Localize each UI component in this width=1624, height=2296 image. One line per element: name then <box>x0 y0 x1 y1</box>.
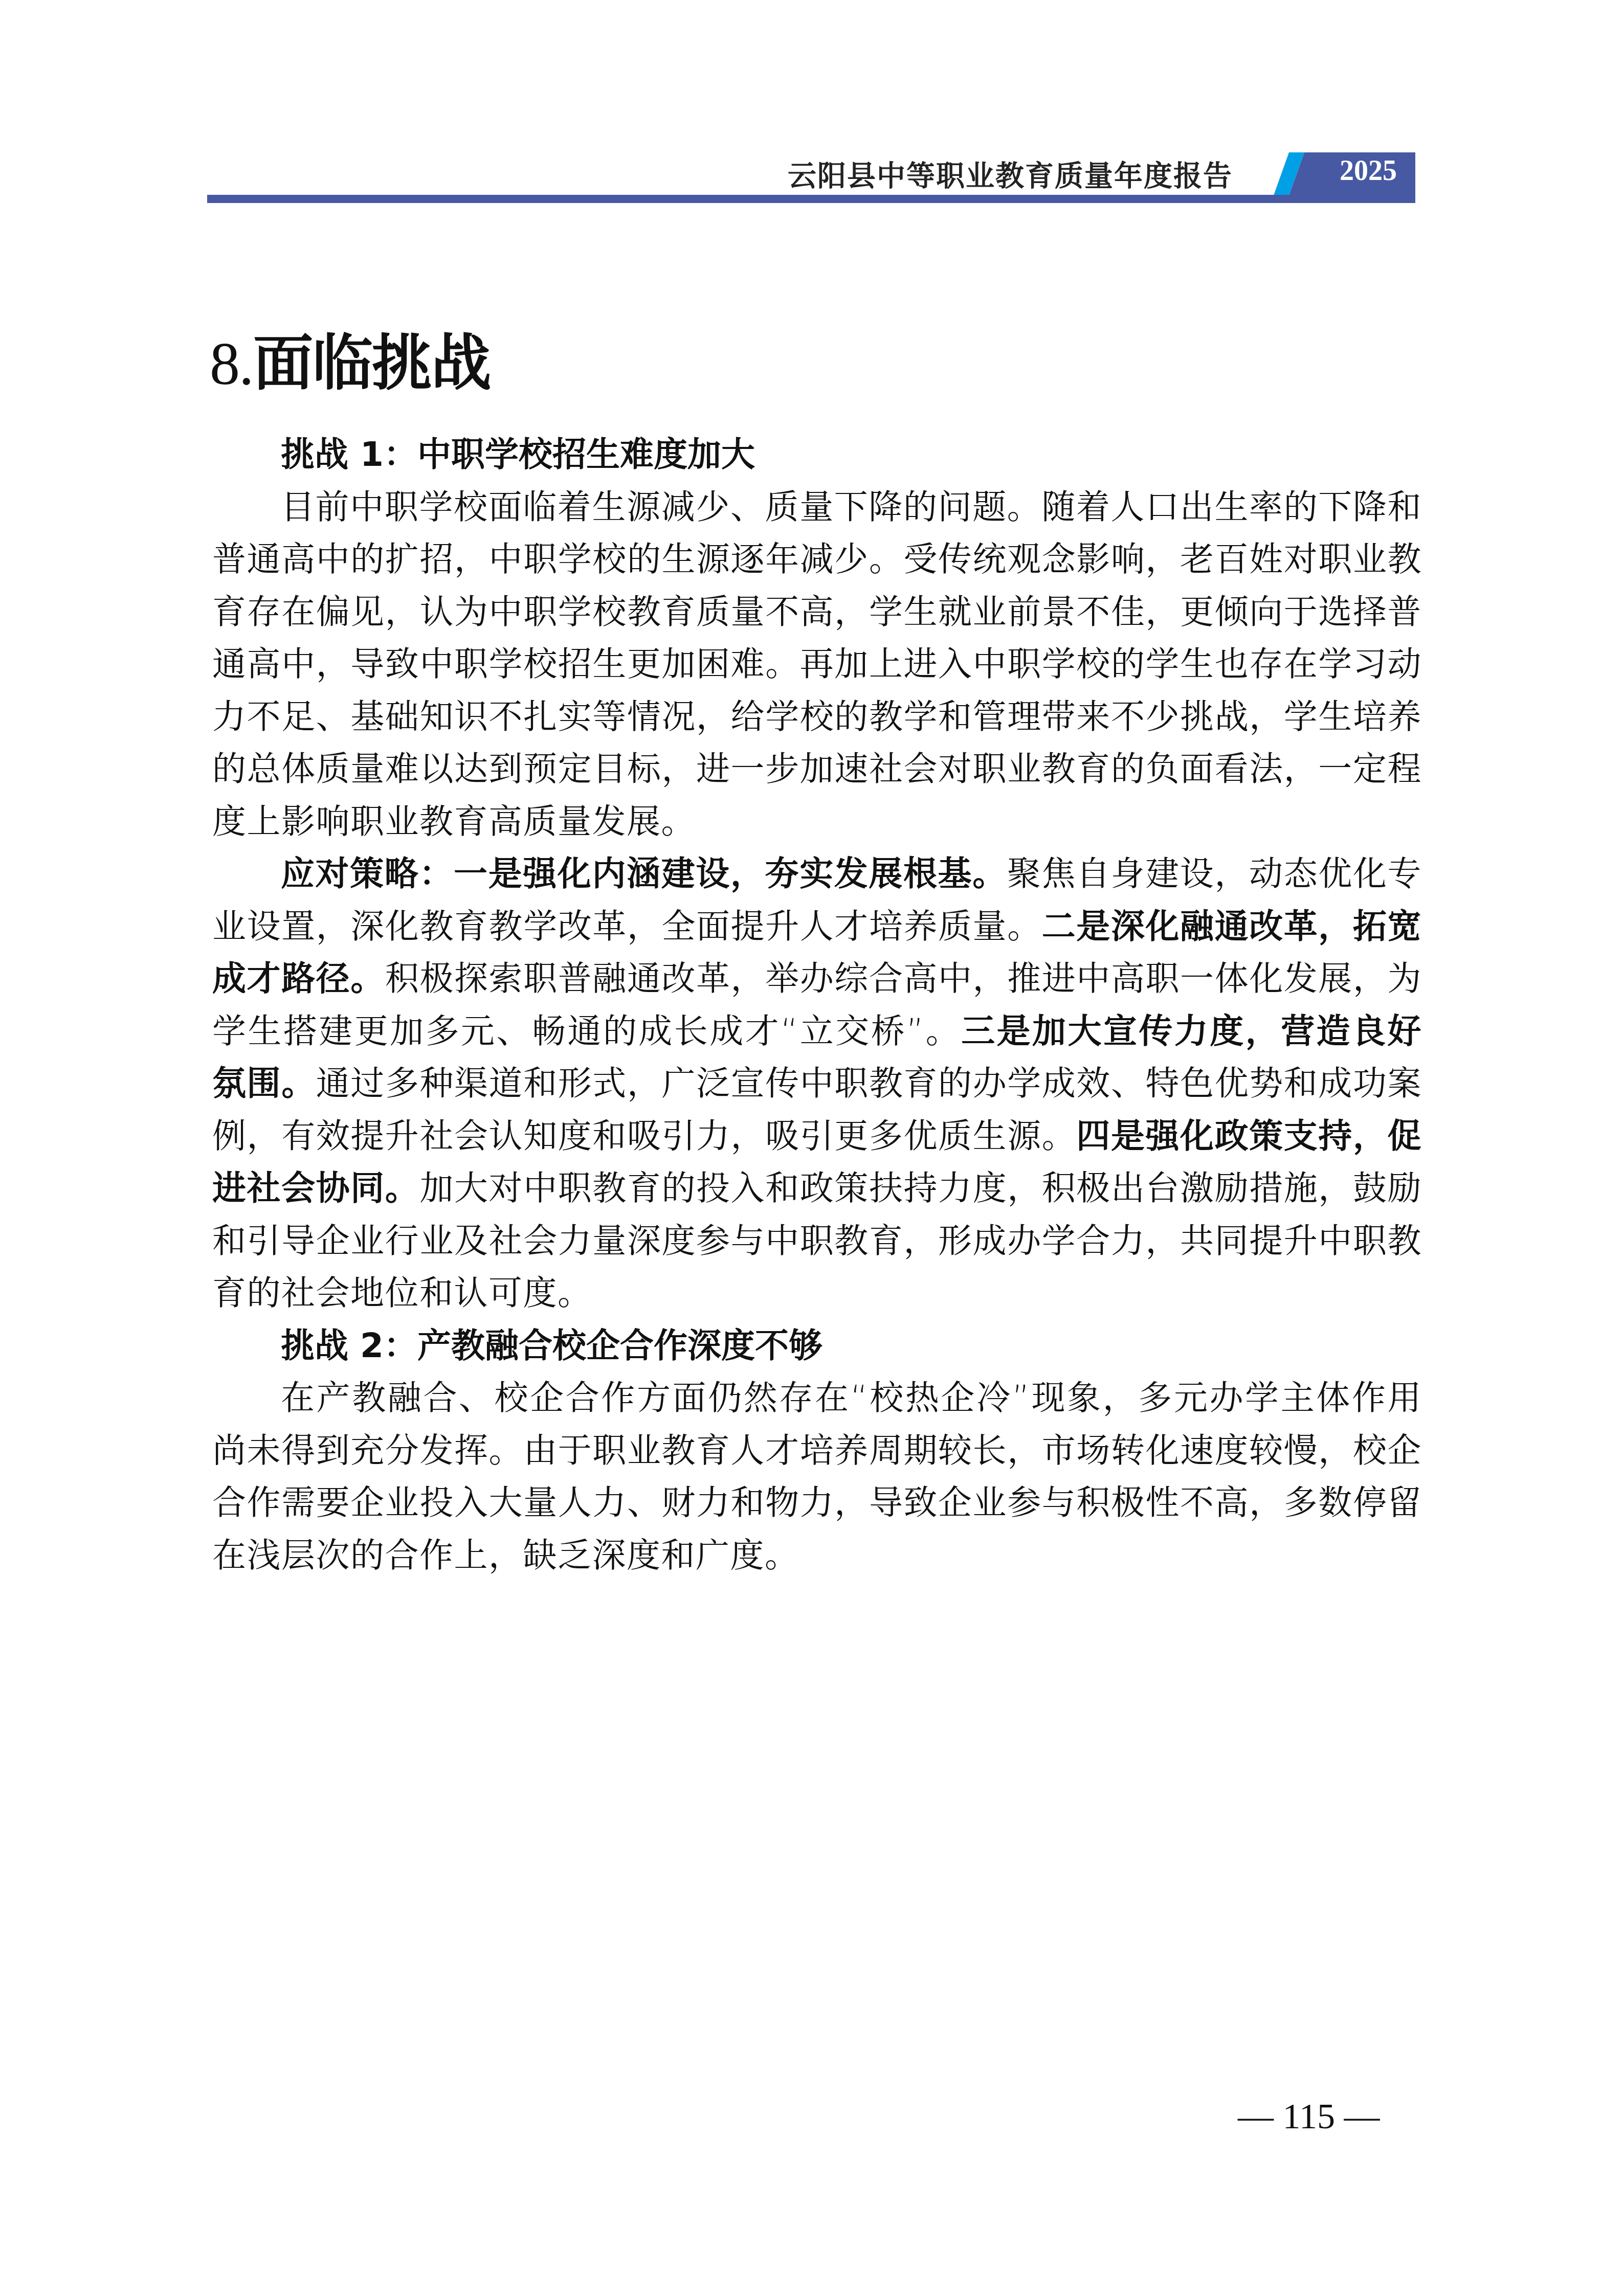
report-title: 云阳县中等职业教育质量年度报告 <box>788 153 1248 194</box>
page-content: 挑战 1：中职学校招生难度加大 目前中职学校面临着生源减少、质量下降的问题。随着… <box>212 429 1422 1582</box>
section-paragraph-2: 在产教融合、校企合作方面仍然存在“校热企冷”现象，多元办学主体作用尚未得到充分发… <box>212 1372 1422 1582</box>
report-year: 2025 <box>1325 154 1412 187</box>
chapter-title: 8.面临挑战 <box>210 314 491 401</box>
strategy-paragraph: 应对策略：一是强化内涵建设，夯实发展根基。聚焦自身建设，动态优化专业设置，深化教… <box>212 848 1422 1320</box>
chapter-title-text: 面临挑战 <box>253 327 491 398</box>
section-heading-2: 挑战 2：产教融合校企合作深度不够 <box>212 1320 1422 1372</box>
year-badge: 2025 <box>1274 152 1415 195</box>
chapter-number: 8. <box>210 330 253 397</box>
strategy-item-1-title: 一是强化内涵建设，夯实发展根基。 <box>454 854 1007 893</box>
section-heading-1: 挑战 1：中职学校招生难度加大 <box>212 429 1422 481</box>
page-number: — 115 — <box>1238 2097 1380 2137</box>
header-divider <box>207 195 1415 203</box>
section-paragraph-1: 目前中职学校面临着生源减少、质量下降的问题。随着人口出生率的下降和普通高中的扩招… <box>212 481 1422 848</box>
strategy-label: 应对策略： <box>281 854 454 893</box>
